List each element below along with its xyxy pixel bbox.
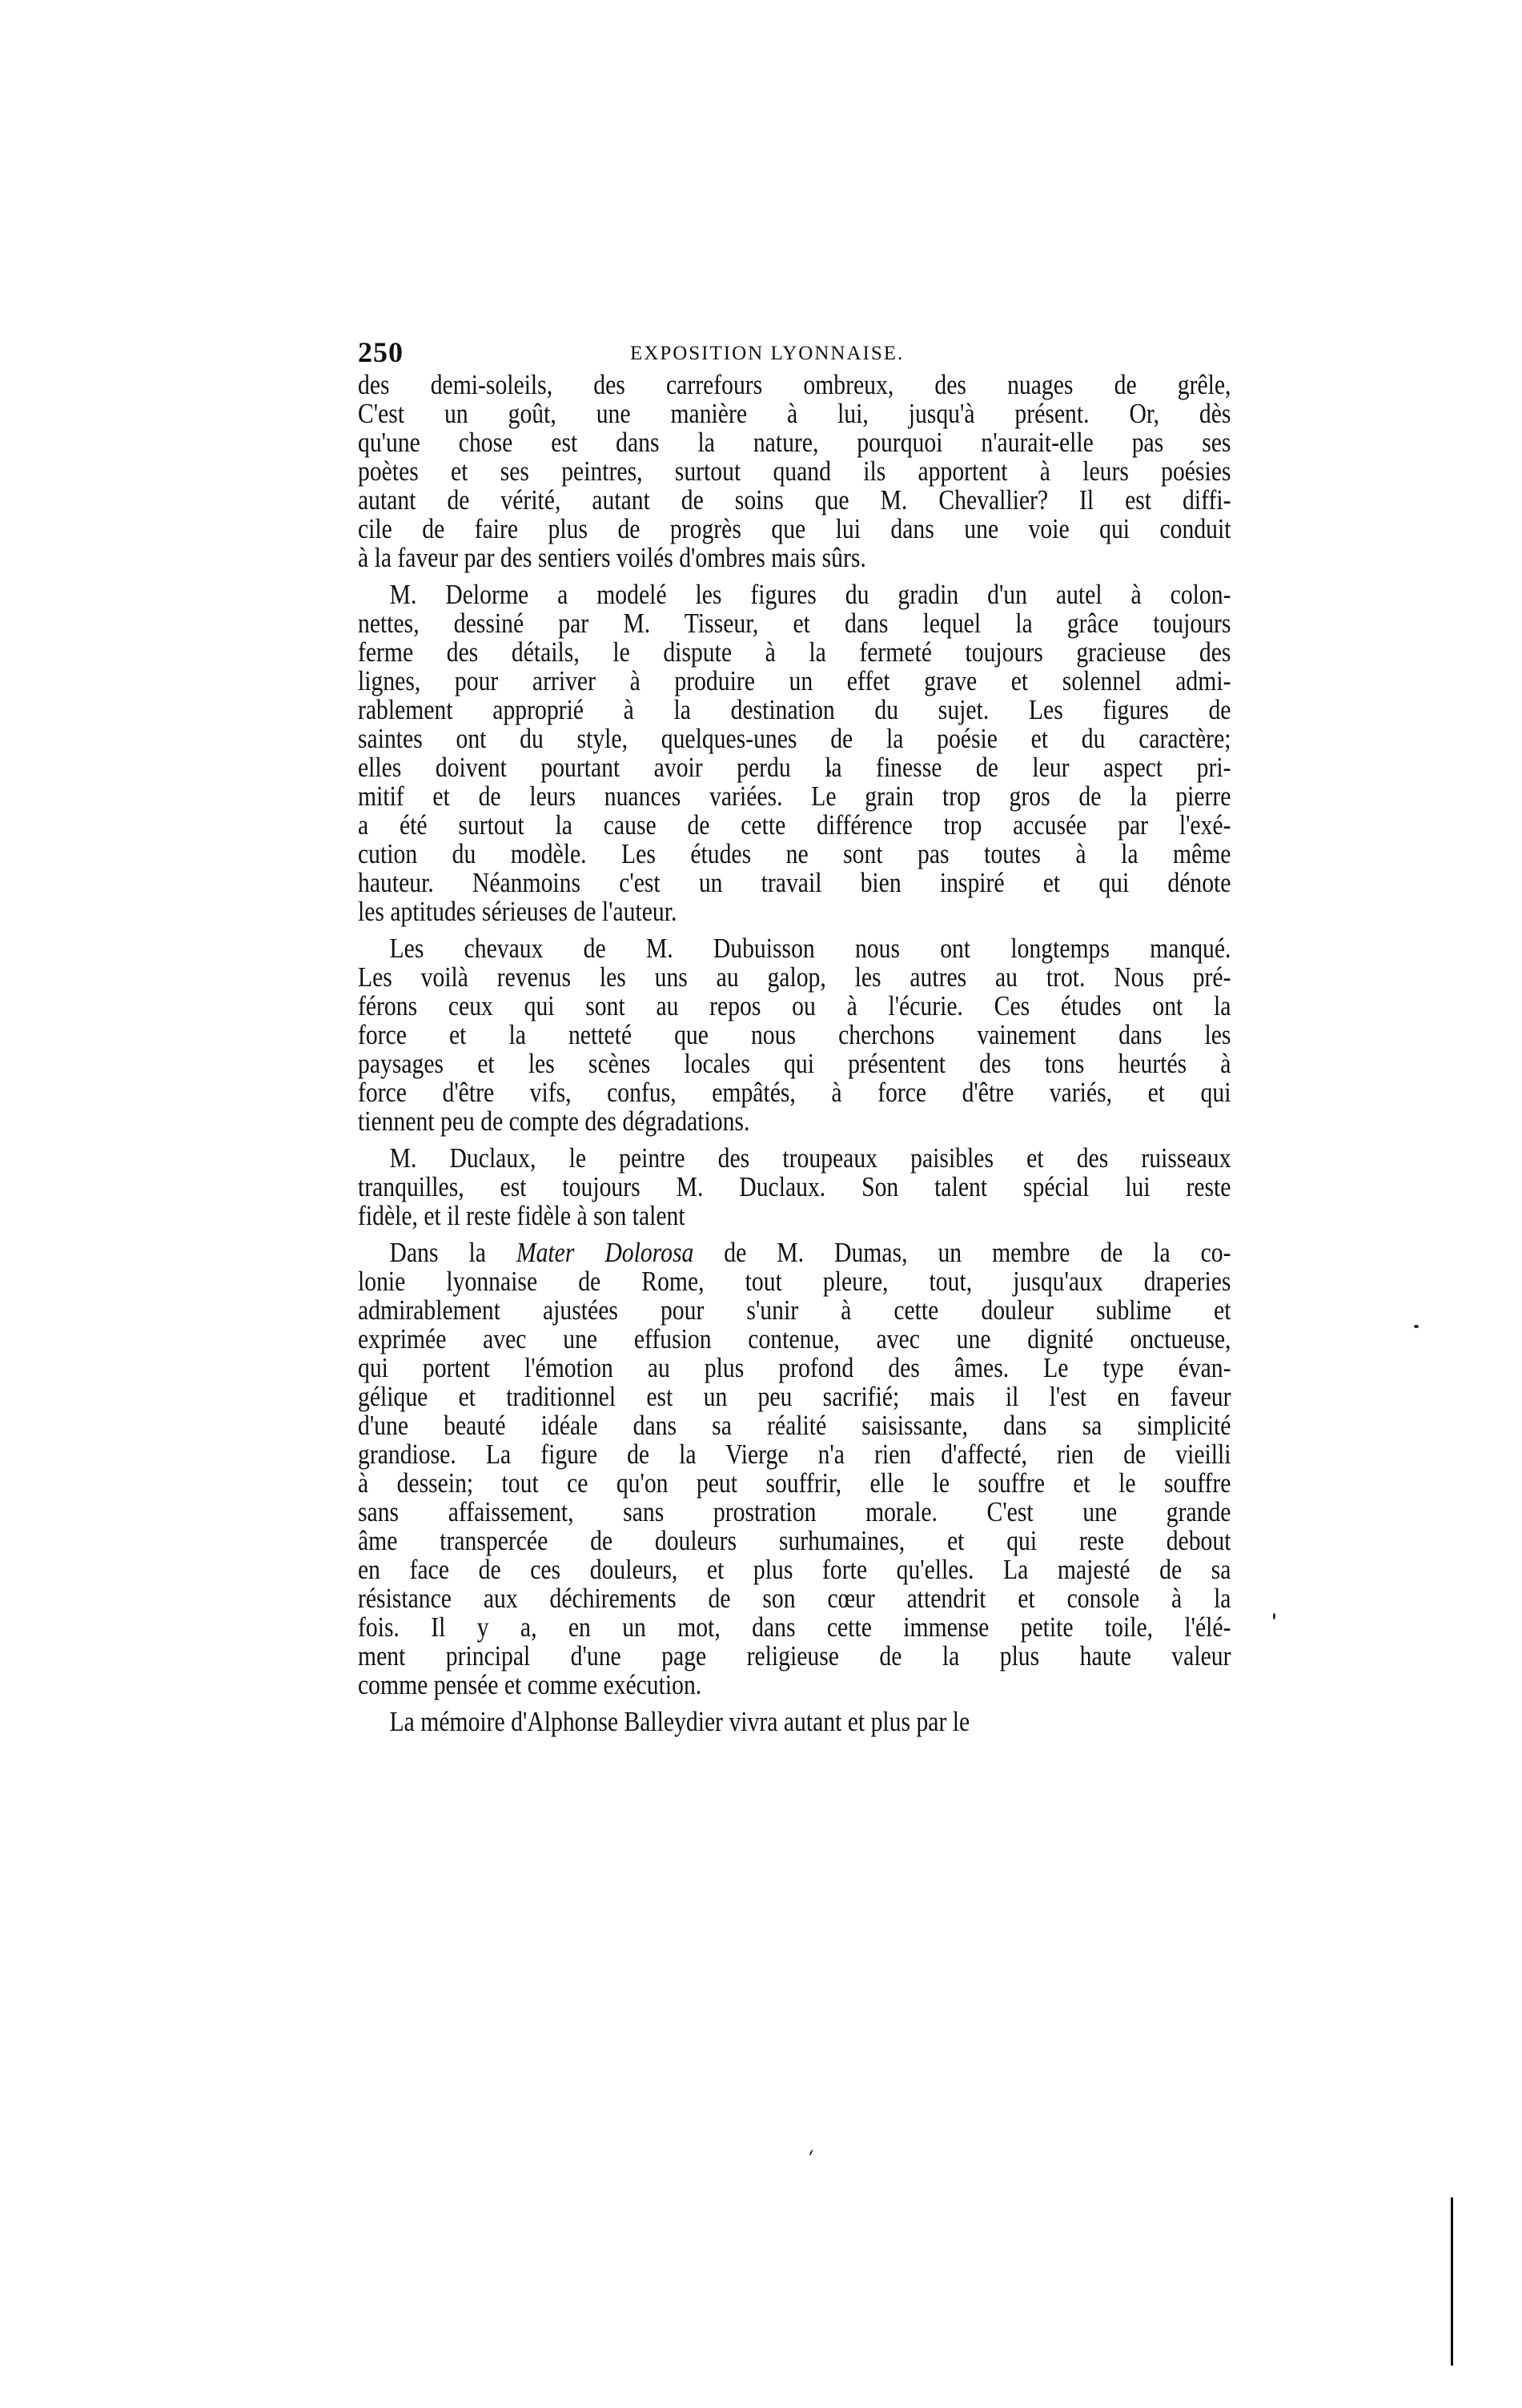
text-line: tranquilles, est toujours M. Duclaux. So…: [358, 1173, 1231, 1202]
paragraph: M. Duclaux, le peintre des troupeaux pai…: [358, 1144, 1231, 1230]
text-line: gélique et traditionnel est un peu sacri…: [358, 1383, 1231, 1411]
italic-title: Mater Dolorosa: [516, 1238, 693, 1268]
text-line: Les chevaux de M. Dubuisson nous ont lon…: [358, 934, 1231, 963]
scan-speck: [827, 770, 831, 774]
text-line: qu'une chose est dans la nature, pourquo…: [358, 428, 1231, 457]
text-line: lignes, pour arriver à produire un effet…: [358, 667, 1231, 696]
paragraph: des demi-soleils, des carrefours ombreux…: [358, 371, 1231, 572]
text-line: à dessein; tout ce qu'on peut souffrir, …: [358, 1469, 1231, 1498]
paragraph: M. Delorme a modelé les figures du gradi…: [358, 580, 1231, 926]
text-line: qui portent l'émotion au plus profond de…: [358, 1354, 1231, 1383]
text-line: des demi-soleils, des carrefours ombreux…: [358, 371, 1231, 399]
text-line: cution du modèle. Les études ne sont pas…: [358, 840, 1231, 869]
text-line: âme transpercée de douleurs surhumaines,…: [358, 1527, 1231, 1555]
text-line: d'une beauté idéale dans sa réalité sais…: [358, 1411, 1231, 1440]
text-line: Dans la Mater Dolorosa de M. Dumas, un m…: [358, 1238, 1231, 1267]
text-line: admirablement ajustées pour s'unir à cet…: [358, 1296, 1231, 1325]
text-line: mitif et de leurs nuances variées. Le gr…: [358, 782, 1231, 811]
text-line: force d'être vifs, confus, empâtés, à fo…: [358, 1078, 1231, 1107]
text-line: lonie lyonnaise de Rome, tout pleure, to…: [358, 1267, 1231, 1296]
paragraph: La mémoire d'Alphonse Balleydier vivra a…: [358, 1708, 1231, 1736]
body-text: des demi-soleils, des carrefours ombreux…: [358, 371, 1231, 1744]
text-line: elles doivent pourtant avoir perdu la fi…: [358, 753, 1231, 782]
text-line: férons ceux qui sont au repos ou à l'écu…: [358, 992, 1231, 1021]
text-line: force et la netteté que nous cherchons v…: [358, 1021, 1231, 1049]
text-line: Les voilà revenus les uns au galop, les …: [358, 963, 1231, 992]
scan-edge-rule: [1451, 2197, 1453, 2366]
text-line: M. Duclaux, le peintre des troupeaux pai…: [358, 1144, 1231, 1173]
book-page: 250 EXPOSITION LYONNAISE. des demi-solei…: [0, 0, 1522, 2408]
text-line: a été surtout la cause de cette différen…: [358, 811, 1231, 840]
text-line: fois. Il y a, en un mot, dans cette imme…: [358, 1613, 1231, 1642]
running-title: EXPOSITION LYONNAISE.: [630, 341, 904, 367]
text-line: paysages et les scènes locales qui prése…: [358, 1049, 1231, 1078]
text-line: résistance aux déchirements de son cœur …: [358, 1584, 1231, 1613]
text-line: poètes et ses peintres, surtout quand il…: [358, 457, 1231, 486]
scan-speck: [1273, 1613, 1275, 1619]
text-line: grandiose. La figure de la Vierge n'a ri…: [358, 1440, 1231, 1469]
text-line: M. Delorme a modelé les figures du gradi…: [358, 580, 1231, 609]
page-number: 250: [358, 336, 404, 368]
text-line: saintes ont du style, quelques-unes de l…: [358, 724, 1231, 753]
text-line: ment principal d'une page religieuse de …: [358, 1642, 1231, 1671]
text-line: tiennent peu de compte des dégradations.: [358, 1107, 1231, 1136]
text-line: autant de vérité, autant de soins que M.…: [358, 486, 1231, 515]
text-line: exprimée avec une effusion contenue, ave…: [358, 1325, 1231, 1354]
text-line: sans affaissement, sans prostration mora…: [358, 1498, 1231, 1527]
text-line: La mémoire d'Alphonse Balleydier vivra a…: [358, 1708, 1231, 1736]
text-line: fidèle, et il reste fidèle à son talent: [358, 1202, 1231, 1230]
text-line: à la faveur par des sentiers voilés d'om…: [358, 544, 1231, 572]
text-line: les aptitudes sérieuses de l'auteur.: [358, 897, 1231, 926]
running-head: 250 EXPOSITION LYONNAISE.: [358, 336, 1231, 368]
text-line: hauteur. Néanmoins c'est un travail bien…: [358, 869, 1231, 897]
scan-speck: [809, 2149, 813, 2156]
text-line: rablement approprié à la destination du …: [358, 696, 1231, 724]
text-line: nettes, dessiné par M. Tisseur, et dans …: [358, 609, 1231, 638]
text-line: ferme des détails, le dispute à la ferme…: [358, 638, 1231, 667]
text-line: comme pensée et comme exécution.: [358, 1671, 1231, 1700]
text-line: C'est un goût, une manière à lui, jusqu'…: [358, 399, 1231, 428]
paragraph: Dans la Mater Dolorosa de M. Dumas, un m…: [358, 1238, 1231, 1700]
text-line: cile de faire plus de progrès que lui da…: [358, 515, 1231, 544]
text-line: en face de ces douleurs, et plus forte q…: [358, 1555, 1231, 1584]
paragraph: Les chevaux de M. Dubuisson nous ont lon…: [358, 934, 1231, 1136]
scan-speck: [1414, 1325, 1419, 1328]
